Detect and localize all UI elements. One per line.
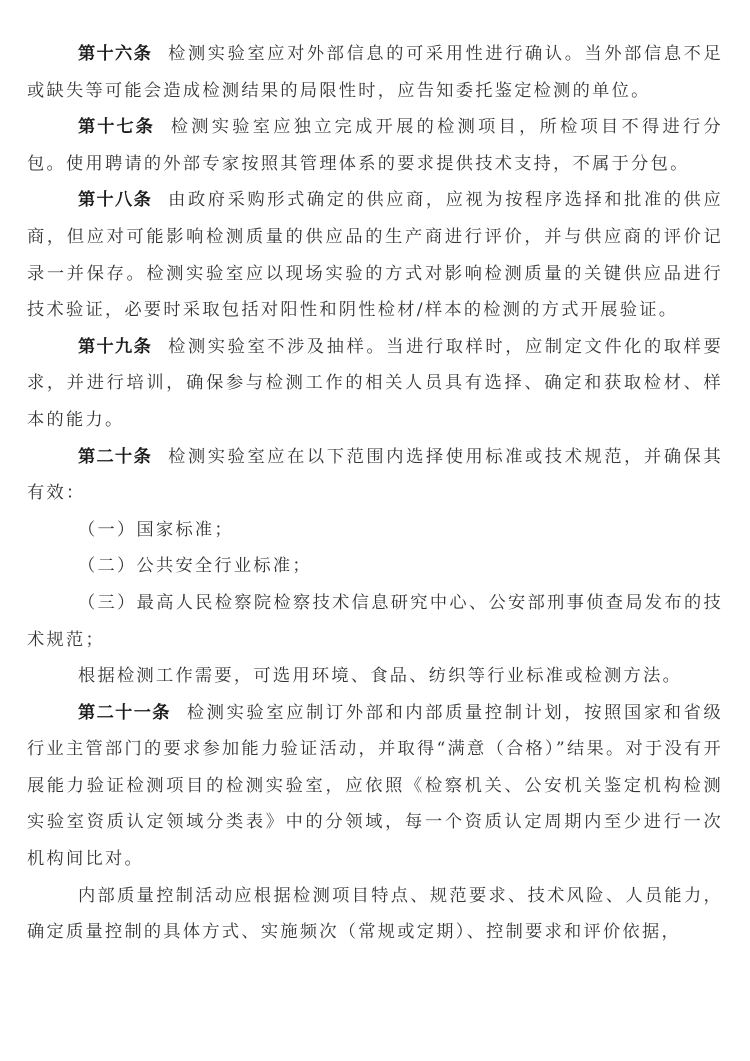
article-16: 第十六条检测实验室应对外部信息的可采用性进行确认。当外部信息不足或缺失等可能会造… bbox=[27, 36, 723, 109]
article-17: 第十七条检测实验室应独立完成开展的检测项目，所检项目不得进行分包。使用聘请的外部… bbox=[27, 109, 723, 182]
article-body: 检测实验室应制订外部和内部质量控制计划，按照国家和省级行业主管部门的要求参加能力… bbox=[27, 703, 723, 869]
list-item-2: （二）公共安全行业标准； bbox=[27, 548, 723, 585]
document-page: 第十六条检测实验室应对外部信息的可采用性进行确认。当外部信息不足或缺失等可能会造… bbox=[0, 0, 750, 1061]
article-heading: 第二十条 bbox=[78, 447, 152, 467]
article-heading: 第十九条 bbox=[78, 337, 152, 357]
article-18: 第十八条由政府采购形式确定的供应商，应视为按程序选择和批准的供应商，但应对可能影… bbox=[27, 182, 723, 328]
list-item-3: （三）最高人民检察院检察技术信息研究中心、公安部刑事侦查局发布的技术规范； bbox=[27, 585, 723, 658]
note-paragraph: 根据检测工作需要，可选用环境、食品、纺织等行业标准或检测方法。 bbox=[27, 658, 723, 695]
article-19: 第十九条检测实验室不涉及抽样。当进行取样时，应制定文件化的取样要求，并进行培训，… bbox=[27, 329, 723, 439]
article-heading: 第二十一条 bbox=[78, 703, 171, 723]
article-heading: 第十七条 bbox=[78, 117, 155, 137]
article-21: 第二十一条检测实验室应制订外部和内部质量控制计划，按照国家和省级行业主管部门的要… bbox=[27, 695, 723, 878]
article-heading: 第十八条 bbox=[78, 190, 152, 210]
internal-qc-paragraph: 内部质量控制活动应根据检测项目特点、规范要求、技术风险、人员能力，确定质量控制的… bbox=[27, 878, 723, 951]
article-heading: 第十六条 bbox=[78, 44, 152, 64]
article-20: 第二十条检测实验室应在以下范围内选择使用标准或技术规范，并确保其有效： bbox=[27, 439, 723, 512]
list-item-1: （一）国家标准； bbox=[27, 512, 723, 549]
